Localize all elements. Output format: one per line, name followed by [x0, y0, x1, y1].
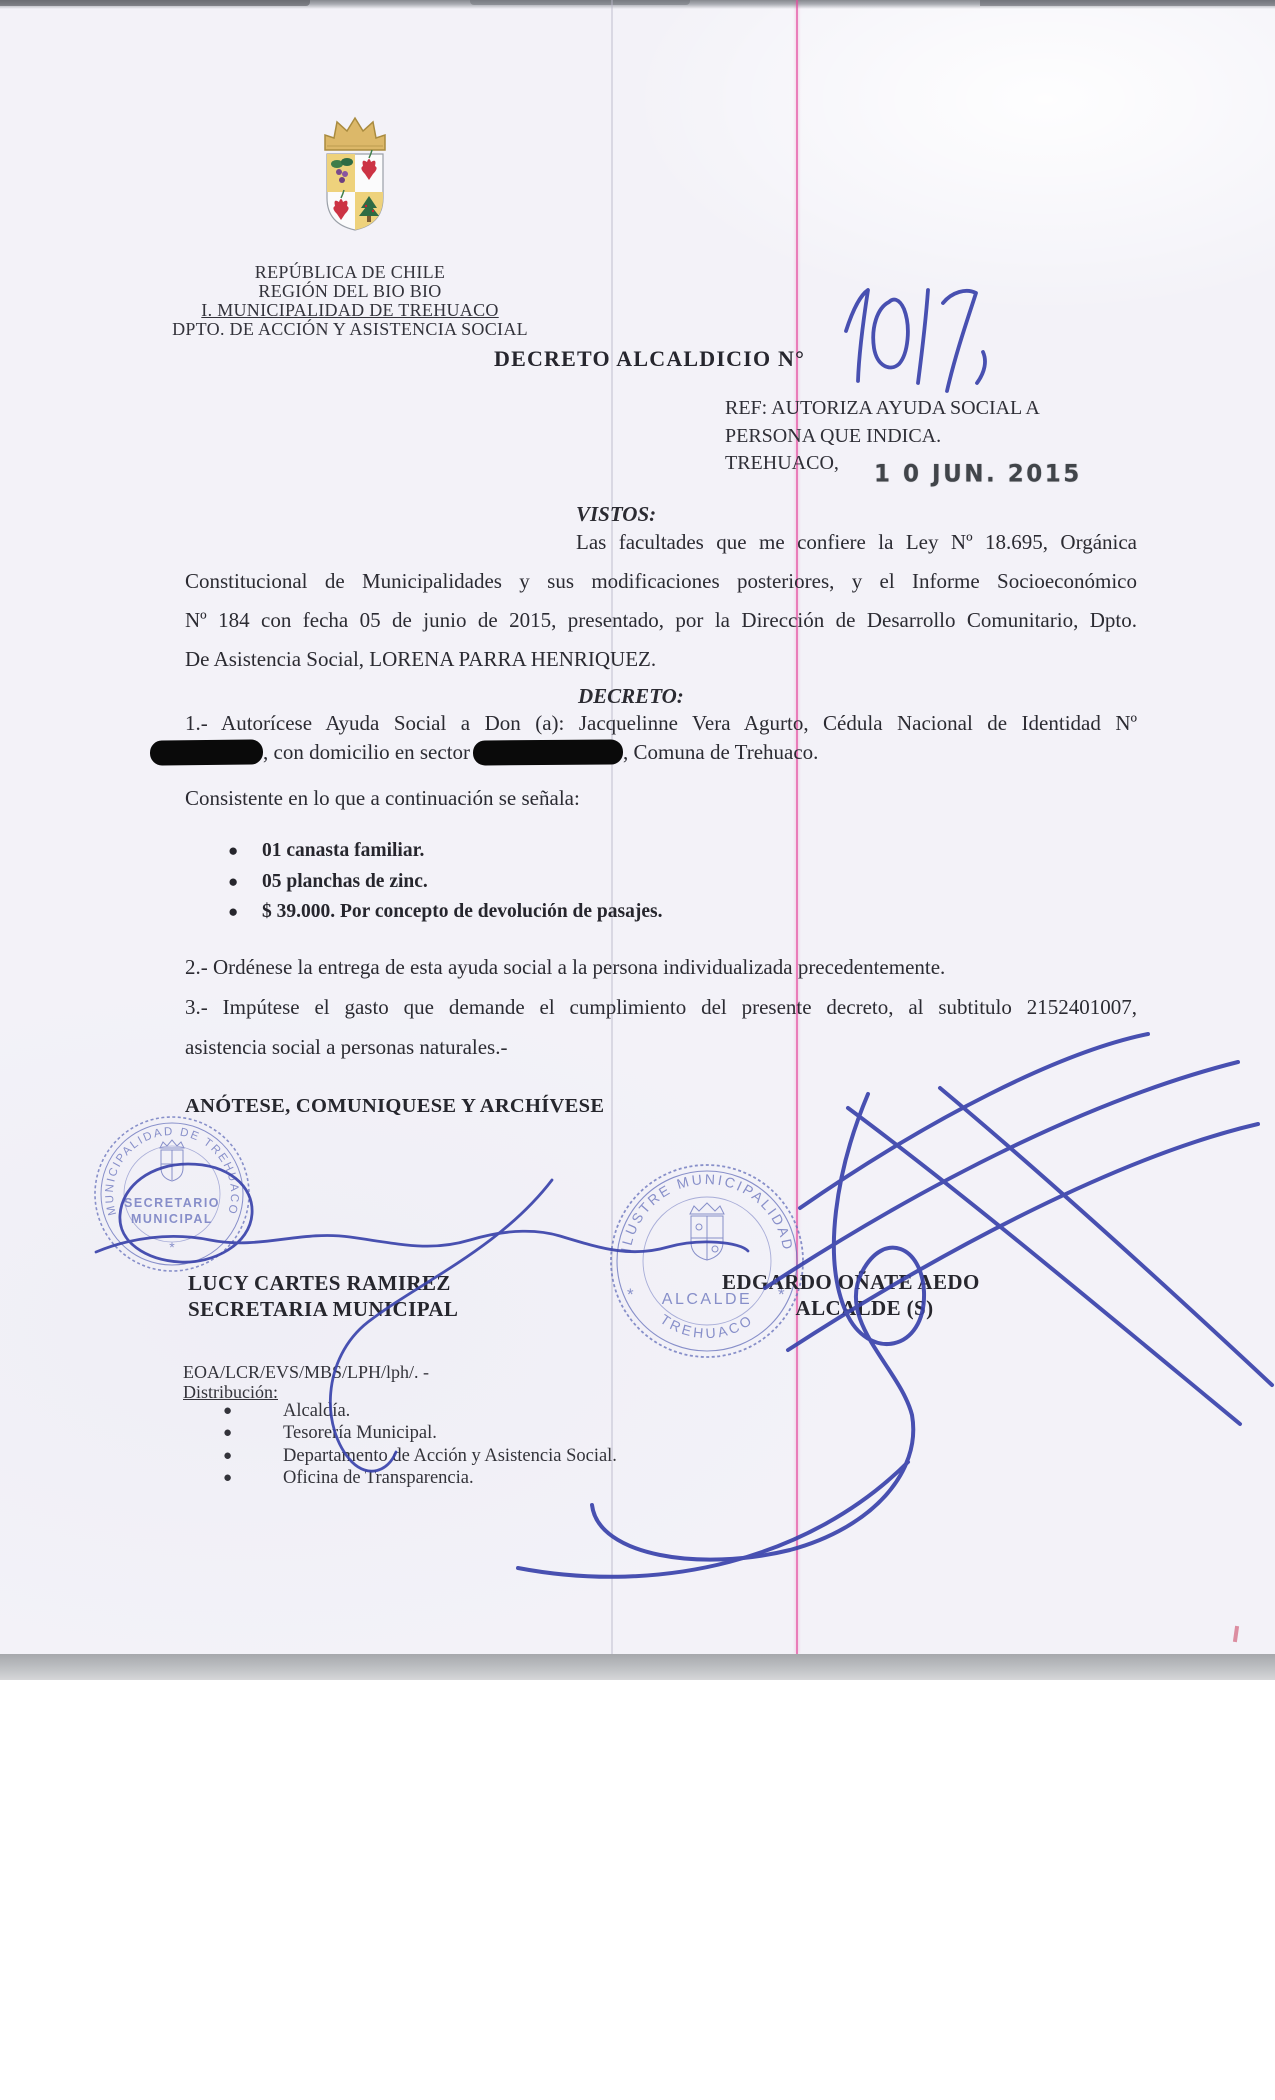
crown: [325, 118, 385, 150]
decreto-item3-line2: asistencia social a personas naturales.-: [185, 1035, 507, 1060]
alcalde-title: ALCALDE (S): [722, 1296, 1007, 1321]
bullet-icon: ●: [228, 902, 262, 922]
aid-list-item: ●01 canasta familiar.: [228, 840, 424, 862]
item1-text-a: , con domicilio en sector: [263, 740, 470, 765]
aid-list-item: ●05 planchas de zinc.: [228, 871, 428, 893]
ink-signatures-overlay: [0, 0, 1275, 1654]
scanner-pink-line: [796, 0, 798, 1654]
scanned-document-page: REPÚBLICA DE CHILE REGIÓN DEL BIO BIO I.…: [0, 0, 1275, 2100]
vistos-line: Las facultades que me confiere la Ley Nº…: [576, 530, 1137, 555]
decreto-item1-line1: 1.- Autorícese Ayuda Social a Don (a): J…: [185, 711, 1137, 736]
scan-area: REPÚBLICA DE CHILE REGIÓN DEL BIO BIO I.…: [0, 0, 1275, 1654]
vistos-line: Constitucional de Municipalidades y sus …: [185, 569, 1137, 594]
decreto-item2: 2.- Ordénese la entrega de esta ayuda so…: [185, 955, 945, 980]
bullet-icon: ●: [223, 1403, 232, 1420]
paper-fold-line: [611, 0, 613, 1654]
ref-line-2: PERSONA QUE INDICA.: [725, 425, 941, 448]
initials-line: EOA/LCR/EVS/MBS/LPH/lph/. -: [183, 1362, 429, 1383]
stamp-center-text: MUNICIPAL: [131, 1212, 213, 1226]
distribution-item: ●Alcaldía.: [283, 1401, 350, 1422]
vistos-label: VISTOS:: [576, 502, 656, 527]
bullet-icon: ●: [223, 1470, 232, 1487]
bullet-icon: ●: [228, 841, 262, 861]
scan-corner-mark: [1233, 1626, 1239, 1642]
alcalde-stamp: ILUSTRE MUNICIPALIDAD TREHUACO ALCALDE *…: [600, 1152, 814, 1370]
secretaria-name: LUCY CARTES RAMIREZ: [188, 1271, 451, 1296]
vistos-line: De Asistencia Social, LORENA PARRA HENRI…: [185, 647, 656, 672]
redaction-bar: [150, 739, 263, 765]
redaction-bar: [473, 739, 623, 765]
ref-line-3: TREHUACO,: [725, 452, 839, 475]
secretaria-title: SECRETARIA MUNICIPAL: [188, 1297, 458, 1322]
bullet-icon: ●: [228, 872, 262, 892]
handwritten-decree-number: [846, 290, 985, 391]
decreto-label: DECRETO:: [578, 684, 684, 709]
letterhead-line-3: I. MUNICIPALIDAD DE TREHUACO: [140, 300, 560, 321]
decreto-item3-line1: 3.- Impútese el gasto que demande el cum…: [185, 995, 1137, 1020]
alcalde-name: EDGARDO OÑATE AEDO: [722, 1270, 980, 1295]
distribution-item: ●Tesorería Municipal.: [283, 1423, 437, 1444]
aid-list-item: ●$ 39.000. Por concepto de devolución de…: [228, 901, 662, 923]
scan-edge-blob: [980, 0, 1275, 6]
letterhead-line-1: REPÚBLICA DE CHILE: [140, 262, 560, 283]
letterhead-line-2: REGIÓN DEL BIO BIO: [140, 281, 560, 302]
municipal-coat-of-arms: [303, 106, 407, 238]
bullet-icon: ●: [223, 1425, 232, 1442]
bullet-icon: ●: [223, 1448, 232, 1465]
date-stamp: 1 0 JUN. 2015: [874, 460, 1082, 487]
page-bottom-shadow: [0, 1654, 1275, 1680]
decreto-item1-line2: , con domicilio en sector, Comuna de Tre…: [150, 740, 818, 765]
stamp-star: *: [627, 1285, 634, 1304]
letterhead-line-4: DPTO. DE ACCIÓN Y ASISTENCIA SOCIAL: [140, 319, 560, 340]
item1-text-b: , Comuna de Trehuaco.: [623, 740, 818, 765]
distribution-label: Distribución:: [183, 1382, 278, 1403]
stamp-coat-of-arms: [690, 1203, 724, 1260]
consistente-line: Consistente en lo que a continuación se …: [185, 786, 580, 811]
stamp-star: *: [169, 1239, 175, 1255]
stamp-center-text: SECRETARIO: [124, 1196, 220, 1210]
vistos-line: Nº 184 con fecha 05 de junio de 2015, pr…: [185, 608, 1137, 633]
distribution-item: ●Oficina de Transparencia.: [283, 1468, 474, 1489]
distribution-item: ●Departamento de Acción y Asistencia Soc…: [283, 1446, 617, 1467]
secretario-municipal-stamp: MUNICIPALIDAD DE TREHUACO SECRETARIO MUN…: [88, 1112, 260, 1280]
ref-line-1: REF: AUTORIZA AYUDA SOCIAL A: [725, 397, 1040, 420]
decree-title: DECRETO ALCALDICIO N°: [494, 346, 805, 372]
scan-edge-blob: [0, 0, 310, 6]
scan-edge-blob: [470, 0, 690, 5]
